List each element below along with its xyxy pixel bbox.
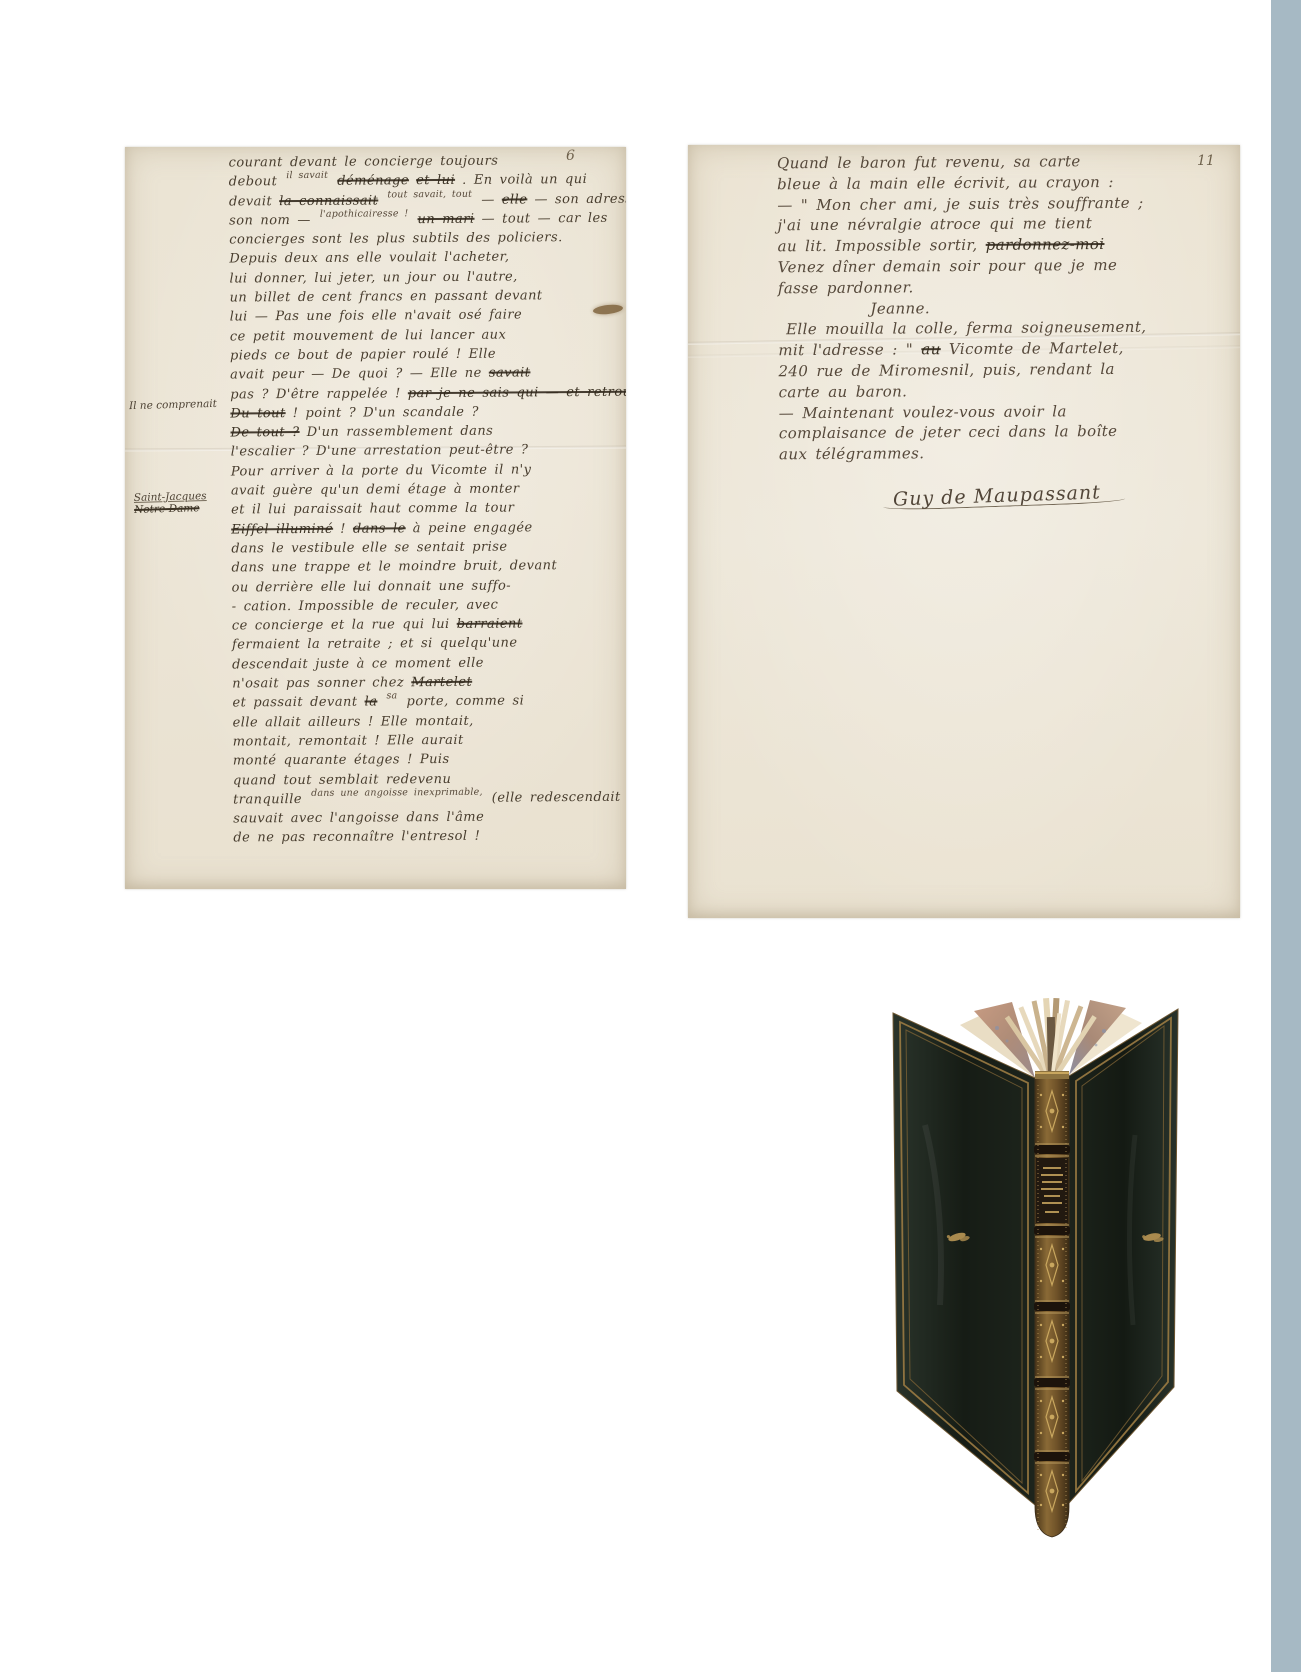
manuscript-line: n'osait pas sonner chez Martelet	[232, 672, 626, 694]
manuscript-line: — Maintenant voulez-vous avoir la	[779, 400, 1147, 423]
interline-note: il savait	[286, 171, 328, 180]
struck-text: pardonnez-moi	[986, 235, 1105, 254]
interline-note: dans une angoisse inexprimable,	[311, 788, 483, 798]
manuscript-line: Quand le baron fut revenu, sa carte	[777, 151, 1145, 174]
manuscript-line: au lit. Impossible sortir, pardonnez-moi	[777, 234, 1145, 257]
manuscript-line: 240 rue de Miromesnil, puis, rendant la	[778, 359, 1146, 382]
struck-text: au	[921, 340, 941, 358]
manuscript-line: complaisance de jeter ceci dans la boîte	[779, 421, 1147, 444]
author-signature: Guy de Maupassant	[893, 481, 1102, 510]
manuscript-line: montait, remontait ! Elle aurait	[233, 729, 626, 751]
struck-text: Du tout	[230, 406, 285, 421]
margin-note: Il ne comprenait	[129, 398, 217, 412]
interline-note: sa	[386, 692, 397, 701]
manuscript-page-left: 6 Il ne comprenait Saint-Jacques Notre-D…	[125, 147, 626, 889]
spine-gilt-tooling	[1034, 1083, 1070, 1530]
struck-text: par je ne sais qui — et retrouvée	[408, 384, 626, 401]
margin-note-struck: Notre-Dame	[134, 502, 207, 516]
manuscript-line: descendait juste à ce moment elle	[232, 652, 626, 674]
manuscript-page-right: 11 Quand le baron fut revenu, sa cartebl…	[688, 145, 1240, 918]
manuscript-line: bleue à la main elle écrivit, au crayon …	[777, 172, 1145, 195]
margin-note: Saint-Jacques Notre-Dame	[134, 490, 207, 516]
bound-volume-photo	[885, 945, 1195, 1545]
struck-text: Martelet	[411, 675, 472, 690]
manuscript-line: et passait devant la sa porte, comme si	[232, 691, 626, 713]
manuscript-line: elle allait ailleurs ! Elle montait,	[232, 710, 626, 732]
left-board	[893, 1013, 1035, 1505]
struck-text: dans le	[353, 521, 406, 536]
struck-text: De tout ?	[230, 425, 299, 440]
manuscript-line: carte au baron.	[779, 379, 1147, 402]
manuscript-line: tranquille dans une angoisse inexprimabl…	[233, 787, 626, 809]
struck-text: déménage	[337, 174, 409, 190]
struck-text: Eiffel illuminé	[231, 521, 333, 537]
struck-text: elle	[502, 192, 528, 207]
manuscript-line: j'ai une névralgie atroce qui me tient	[777, 213, 1145, 236]
struck-text: savait	[489, 366, 531, 381]
manuscript-text-block: Quand le baron fut revenu, sa cartebleue…	[777, 151, 1147, 466]
manuscript-line: — " Mon cher ami, je suis très souffrant…	[777, 192, 1145, 215]
manuscript-text-block: courant devant le concierge toujoursdebo…	[229, 151, 626, 849]
right-accent-bar	[1271, 0, 1301, 1672]
struck-text: la connaissait	[279, 193, 378, 209]
manuscript-line: de ne pas reconnaître l'entresol !	[233, 826, 626, 848]
manuscript-line: aux télégrammes.	[779, 442, 1147, 465]
manuscript-line: sauvait avec l'angoisse dans l'âme	[233, 807, 626, 829]
page-number: 11	[1197, 153, 1215, 169]
manuscript-line: Elle mouilla la colle, ferma soigneuseme…	[778, 317, 1146, 340]
manuscript-line: devait la connaissait tout savait, tout …	[229, 189, 626, 211]
interline-note: tout savait, tout	[387, 189, 472, 199]
manuscript-line: monté quarante étages ! Puis	[233, 749, 626, 771]
struck-text: barraient	[457, 617, 523, 632]
struck-text: un mari	[417, 212, 474, 227]
manuscript-line: mit l'adresse : " au Vicomte de Martelet…	[778, 338, 1146, 361]
manuscript-line: pas ? D'être rappelée ! par je ne sais q…	[230, 382, 626, 404]
manuscript-line: Jeanne.	[778, 296, 1146, 319]
manuscript-line: son nom — l'apothicairesse ! un mari — t…	[229, 208, 626, 230]
manuscript-line: Venez dîner demain soir pour que je me	[778, 255, 1146, 278]
manuscript-line: fasse pardonner.	[778, 275, 1146, 298]
catalog-page: 6 Il ne comprenait Saint-Jacques Notre-D…	[0, 0, 1301, 1672]
struck-text: la	[365, 695, 378, 710]
struck-text: et lui	[416, 173, 455, 188]
interline-note: l'apothicairesse !	[320, 209, 409, 219]
